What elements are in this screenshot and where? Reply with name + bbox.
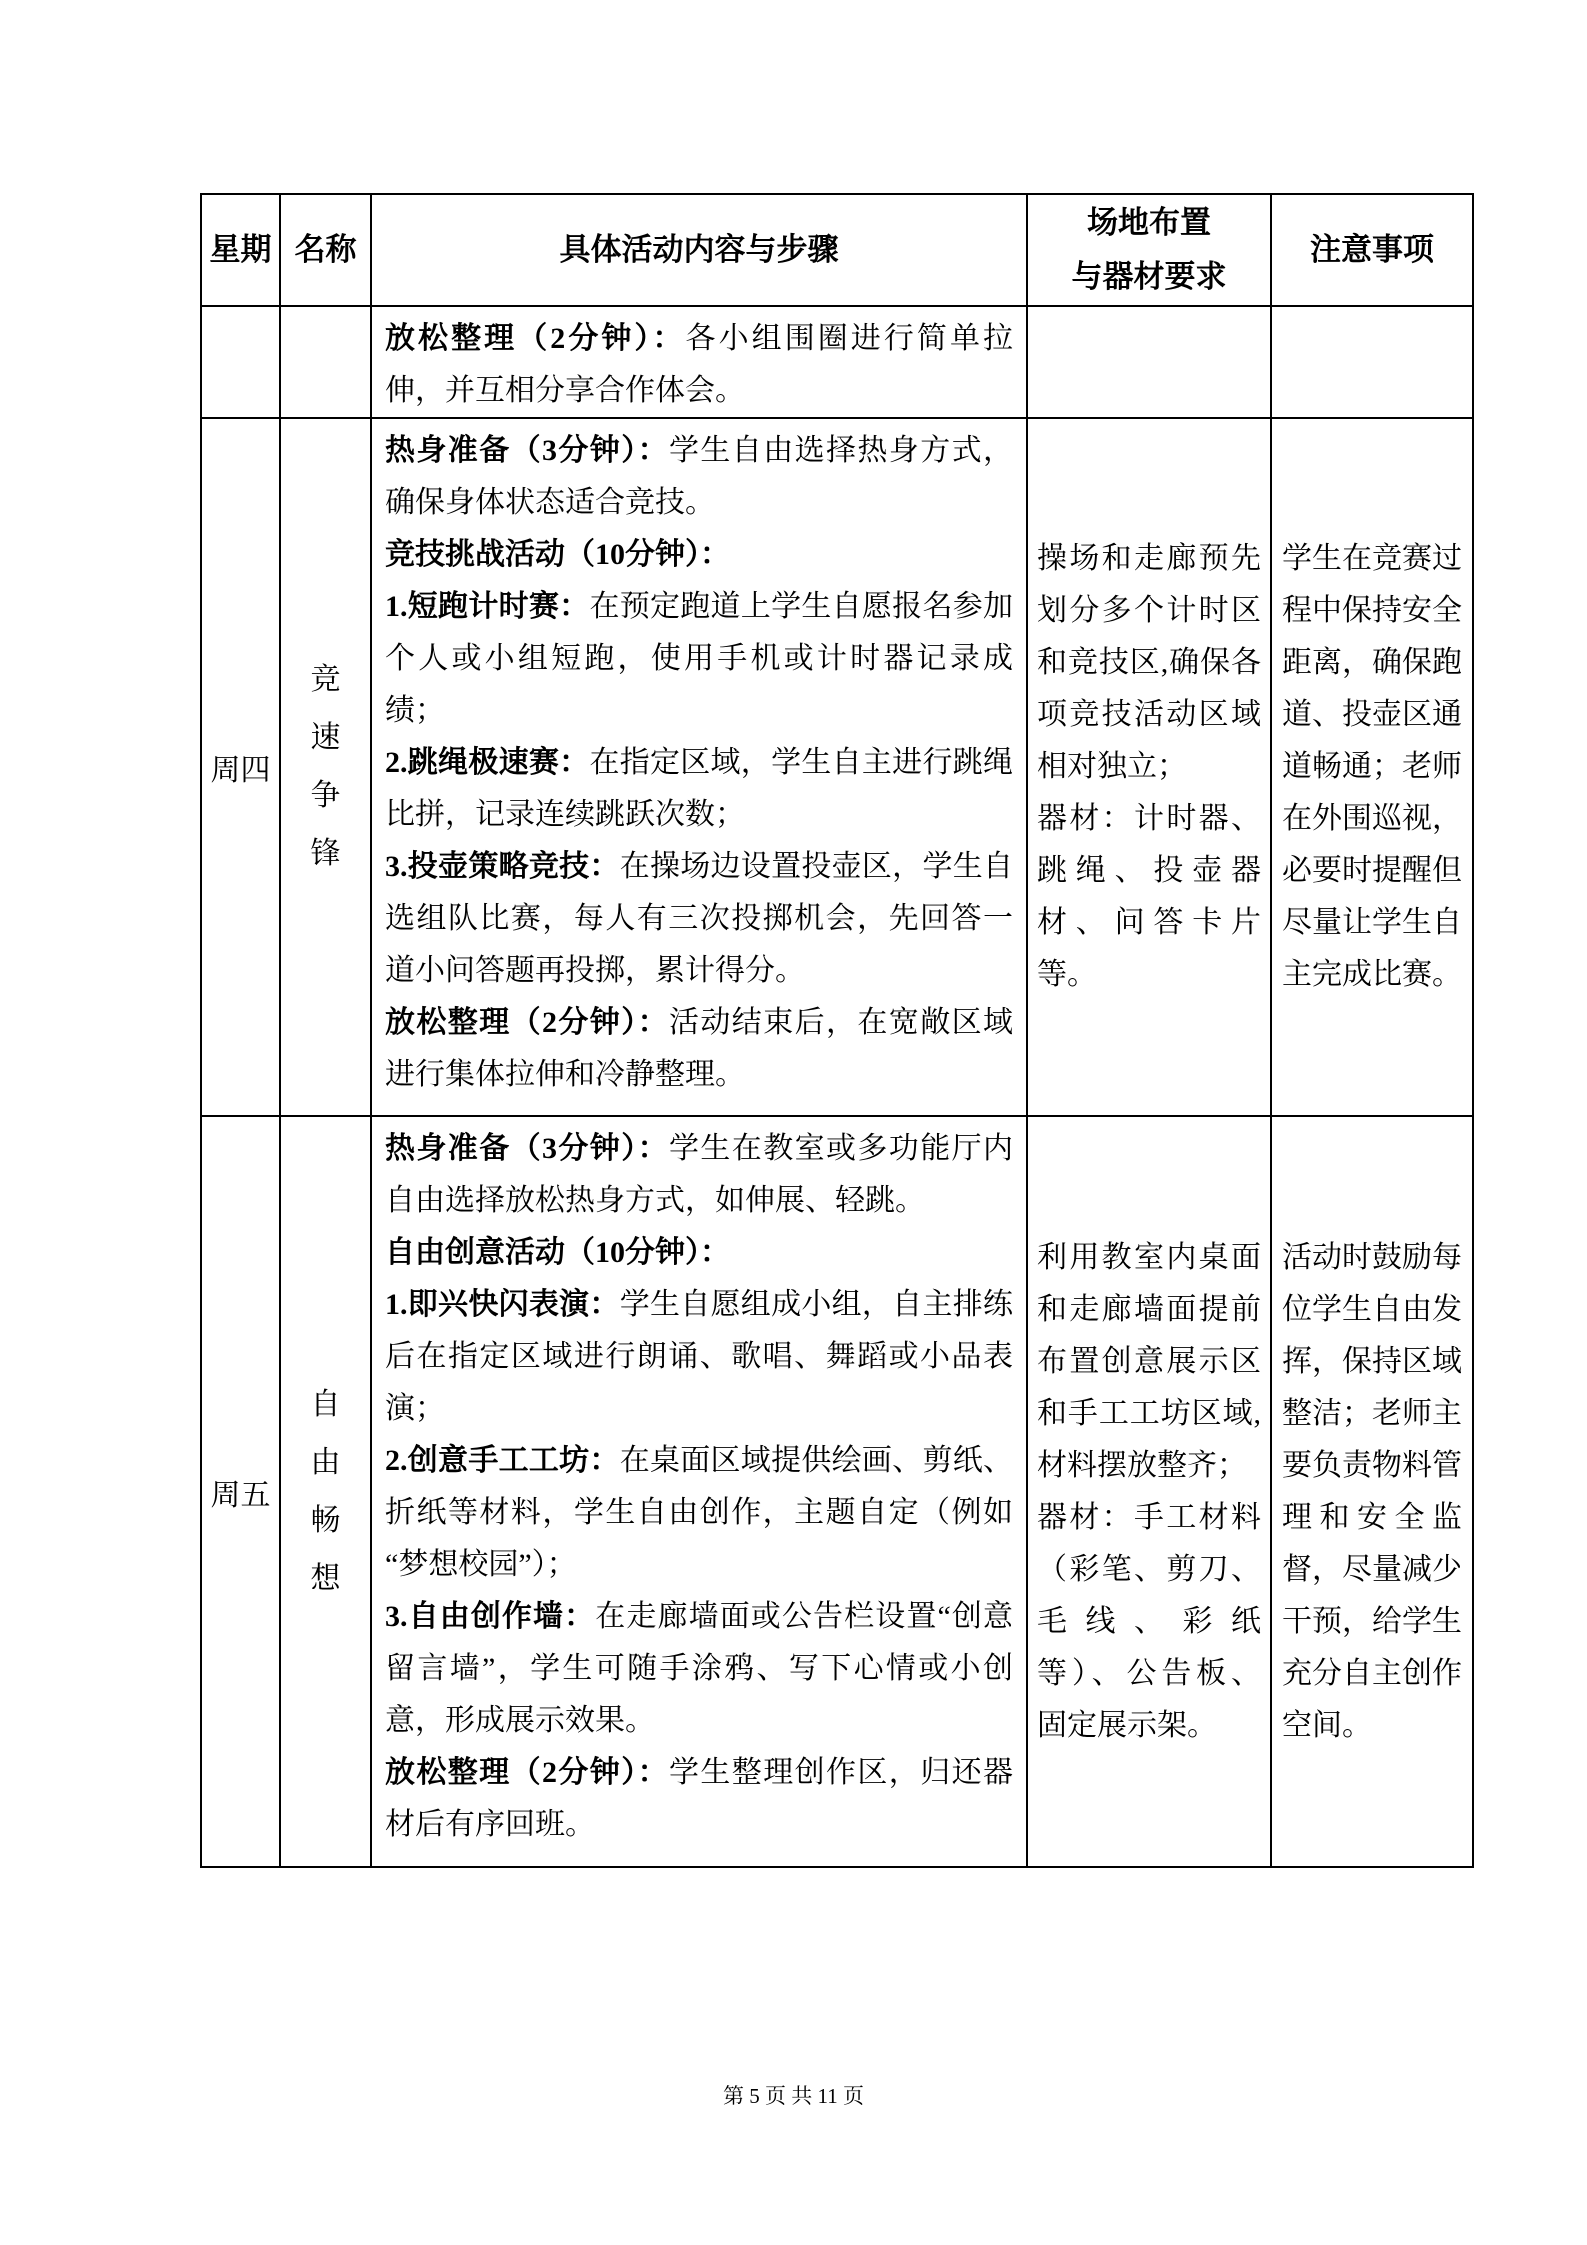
cell-content-continuation: 放松整理（2分钟）：各小组围圈进行简单拉伸，并互相分享合作体会。	[371, 306, 1027, 418]
cell-day-thursday: 周四	[201, 418, 280, 1116]
cell-day-friday: 周五	[201, 1116, 280, 1867]
document-page: 星期 名称 具体活动内容与步骤 场地布置 与器材要求 注意事项 放松整理（2分钟…	[0, 0, 1587, 2245]
schedule-table: 星期 名称 具体活动内容与步骤 场地布置 与器材要求 注意事项 放松整理（2分钟…	[200, 193, 1474, 1868]
cell-notes-friday: 活动时鼓励每位学生自由发挥，保持区域整洁；老师主要负责物料管理和安全监督，尽量减…	[1271, 1116, 1473, 1867]
cell-site-thursday: 操场和走廊预先划分多个计时区和竞技区,确保各项竞技活动区域相对独立；器材：计时器…	[1027, 418, 1271, 1116]
table-row-continuation: 放松整理（2分钟）：各小组围圈进行简单拉伸，并互相分享合作体会。	[201, 306, 1473, 418]
header-content: 具体活动内容与步骤	[371, 194, 1027, 306]
cell-name-empty	[280, 306, 371, 418]
table-row-thursday: 周四 竞速争锋 热身准备（3分钟）：学生自由选择热身方式，确保身体状态适合竞技。…	[201, 418, 1473, 1116]
cell-activity-name-thursday: 竞速争锋	[280, 418, 371, 1116]
header-site-requirements: 场地布置 与器材要求	[1027, 194, 1271, 306]
cell-content-thursday: 热身准备（3分钟）：学生自由选择热身方式，确保身体状态适合竞技。竞技挑战活动（1…	[371, 418, 1027, 1116]
page-number-footer: 第 5 页 共 11 页	[0, 2080, 1587, 2110]
header-week: 星期	[201, 194, 280, 306]
cell-activity-name-friday: 自由畅想	[280, 1116, 371, 1867]
cell-content-friday: 热身准备（3分钟）：学生在教室或多功能厅内自由选择放松热身方式，如伸展、轻跳。自…	[371, 1116, 1027, 1867]
header-notes: 注意事项	[1271, 194, 1473, 306]
table-header-row: 星期 名称 具体活动内容与步骤 场地布置 与器材要求 注意事项	[201, 194, 1473, 306]
cell-day-empty	[201, 306, 280, 418]
cell-site-friday: 利用教室内桌面和走廊墙面提前布置创意展示区和手工工坊区域,材料摆放整齐；器材：手…	[1027, 1116, 1271, 1867]
cell-notes-empty	[1271, 306, 1473, 418]
cell-notes-thursday: 学生在竞赛过程中保持安全距离，确保跑道、投壶区通道畅通；老师在外围巡视，必要时提…	[1271, 418, 1473, 1116]
cell-site-empty	[1027, 306, 1271, 418]
table-row-friday: 周五 自由畅想 热身准备（3分钟）：学生在教室或多功能厅内自由选择放松热身方式，…	[201, 1116, 1473, 1867]
header-name: 名称	[280, 194, 371, 306]
